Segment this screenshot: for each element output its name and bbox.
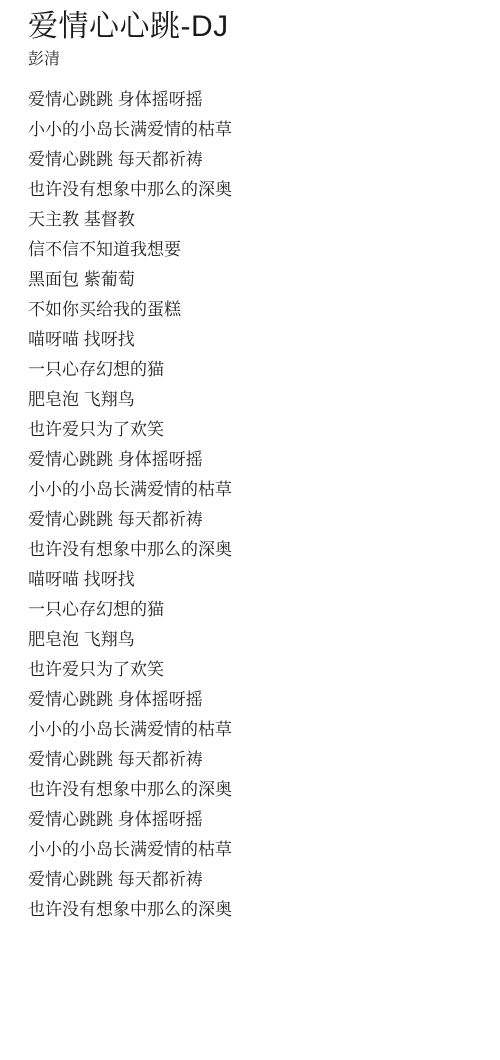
lyric-line: 爱情心跳跳 身体摇呀摇: [28, 85, 480, 115]
lyric-line: 信不信不知道我想要: [28, 235, 480, 265]
lyric-line: 肥皂泡 飞翔鸟: [28, 625, 480, 655]
song-title: 爱情心心跳-DJ: [28, 8, 480, 46]
lyric-line: 小小的小岛长满爱情的枯草: [28, 715, 480, 745]
lyric-line: 也许没有想象中那么的深奥: [28, 535, 480, 565]
lyrics-page: 爱情心心跳-DJ 彭清 爱情心跳跳 身体摇呀摇 小小的小岛长满爱情的枯草 爱情心…: [0, 0, 500, 925]
lyric-line: 肥皂泡 飞翔鸟: [28, 385, 480, 415]
lyric-line: 天主教 基督教: [28, 205, 480, 235]
lyric-line: 小小的小岛长满爱情的枯草: [28, 115, 480, 145]
lyric-line: 也许爱只为了欢笑: [28, 415, 480, 445]
lyric-line: 也许爱只为了欢笑: [28, 655, 480, 685]
lyric-line: 爱情心跳跳 身体摇呀摇: [28, 685, 480, 715]
lyric-line: 喵呀喵 找呀找: [28, 325, 480, 355]
artist-name: 彭清: [28, 49, 480, 70]
lyric-line: 爱情心跳跳 每天都祈祷: [28, 145, 480, 175]
lyric-line: 爱情心跳跳 每天都祈祷: [28, 505, 480, 535]
lyric-line: 也许没有想象中那么的深奥: [28, 775, 480, 805]
lyric-line: 一只心存幻想的猫: [28, 355, 480, 385]
lyric-line: 也许没有想象中那么的深奥: [28, 895, 480, 925]
lyrics-body: 爱情心跳跳 身体摇呀摇 小小的小岛长满爱情的枯草 爱情心跳跳 每天都祈祷 也许没…: [28, 85, 480, 925]
lyric-line: 爱情心跳跳 身体摇呀摇: [28, 805, 480, 835]
lyric-line: 不如你买给我的蛋糕: [28, 295, 480, 325]
lyric-line: 黑面包 紫葡萄: [28, 265, 480, 295]
lyric-line: 也许没有想象中那么的深奥: [28, 175, 480, 205]
lyric-line: 爱情心跳跳 每天都祈祷: [28, 865, 480, 895]
lyric-line: 小小的小岛长满爱情的枯草: [28, 475, 480, 505]
lyric-line: 喵呀喵 找呀找: [28, 565, 480, 595]
lyric-line: 爱情心跳跳 每天都祈祷: [28, 745, 480, 775]
lyric-line: 一只心存幻想的猫: [28, 595, 480, 625]
lyric-line: 爱情心跳跳 身体摇呀摇: [28, 445, 480, 475]
lyric-line: 小小的小岛长满爱情的枯草: [28, 835, 480, 865]
